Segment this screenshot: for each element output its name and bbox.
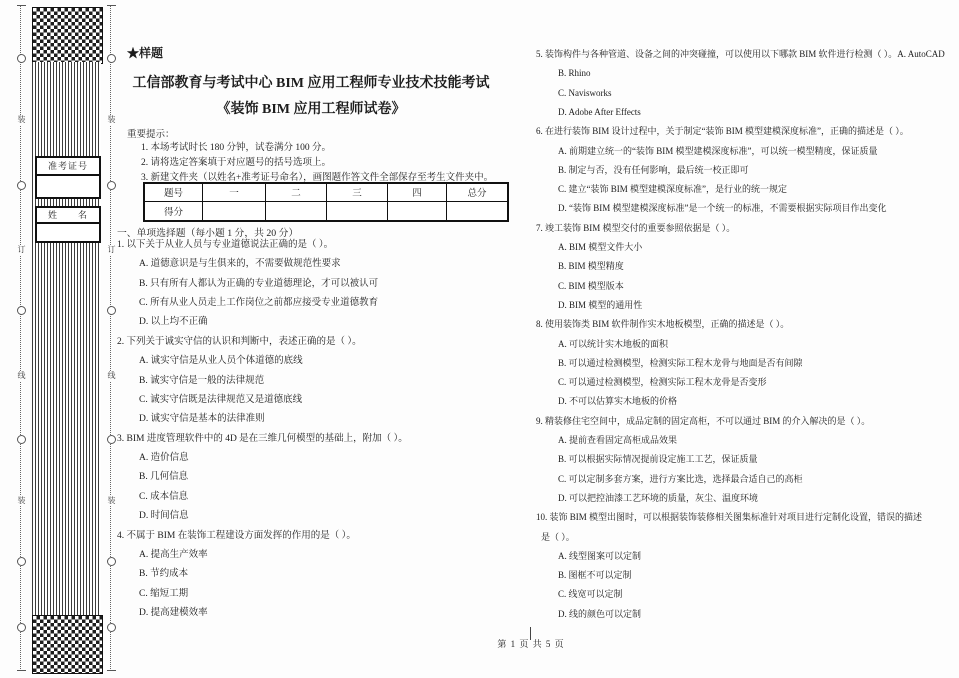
option-line: B. 图框不可以定制 (558, 569, 632, 582)
score-header-cell: 总分 (447, 183, 509, 201)
seal-char: 装 (16, 496, 27, 506)
exam-title: 工信部教育与考试中心 BIM 应用工程师专业技术技能考试 (118, 75, 504, 93)
seal-char: 线 (16, 371, 27, 381)
option-line: C. 缩短工期 (139, 588, 188, 601)
question-line: 7. 竣工装饰 BIM 模型交付的重要参照依据是（ ）。 (536, 222, 735, 235)
punch-circle (107, 181, 116, 190)
option-line: B. 诚实守信是一般的法律规范 (139, 375, 264, 388)
seal-line-tick (17, 5, 26, 6)
score-row-label: 得分 (144, 201, 203, 221)
sample-label: ★样题 (127, 44, 163, 61)
option-line: D. 诚实守信是基本的法律准则 (139, 413, 265, 426)
punch-circle (17, 435, 26, 444)
option-line: B. 可以根据实际情况提前设定施工工艺，保证质量 (558, 453, 758, 466)
admission-number-field[interactable] (37, 176, 99, 197)
score-header-cell: 四 (388, 183, 447, 201)
option-line: A. BIM 模型文件大小 (558, 241, 642, 254)
question-line: 9. 精装修住宅空间中，成品定制的固定高柜，不可以通过 BIM 的介入解决的是（… (536, 415, 870, 428)
seal-line-tick (107, 5, 116, 6)
question-line: 4. 不属于 BIM 在装饰工程建设方面发挥的作用的是（ ）。 (117, 530, 356, 543)
punch-circle (107, 54, 116, 63)
score-cell (266, 201, 327, 221)
score-header-cell: 一 (203, 183, 266, 201)
option-line: B. 可以通过检测模型，检测实际工程木龙骨与地面是否有间隙 (558, 357, 803, 370)
seal-char: 线 (106, 371, 117, 381)
seal-char: 装 (106, 496, 117, 506)
option-line: D. BIM 模型的通用性 (558, 299, 642, 312)
option-line: B. 制定与否，没有任何影响，最后统一校正即可 (558, 164, 749, 177)
name-field[interactable] (37, 224, 99, 241)
question-line: 3. BIM 进度管理软件中的 4D 是在三维几何模型的基础上，附加（ ）。 (117, 433, 408, 446)
option-line: D. Adobe After Effects (558, 106, 641, 119)
score-header-cell: 题号 (144, 183, 203, 201)
seal-line-tick (107, 670, 116, 671)
option-line: D. 以上均不正确 (139, 316, 208, 329)
name-box: 姓 名 (35, 206, 101, 243)
seal-char: 订 (106, 245, 117, 255)
questions-column-right: 5. 装饰构件与各种管道、设备之间的冲突碰撞，可以使用以下哪款 BIM 软件进行… (536, 48, 954, 623)
punch-circle (107, 435, 116, 444)
option-line: B. 只有所有人都认为正确的专业道德理论，才可以被认可 (139, 278, 378, 291)
option-line: C. BIM 模型版本 (558, 280, 624, 293)
option-line: D. 提高建模效率 (139, 607, 208, 620)
option-line: C. 诚实守信既是法律规范又是道德底线 (139, 394, 302, 407)
question-line: 是（ ）。 (541, 531, 575, 544)
punch-circle (17, 54, 26, 63)
notice-item: 1. 本场考试时长 180 分钟，试卷满分 100 分。 (141, 139, 331, 153)
option-line: A. 可以统计实木地板的面积 (558, 338, 668, 351)
option-line: A. 提高生产效率 (139, 549, 208, 562)
option-line: D. “装饰 BIM 模型建模深度标准”是一个统一的标准，不需要根据实际项目作出… (558, 202, 887, 215)
option-line: C. 成本信息 (139, 491, 188, 504)
notice-heading: 重要提示： (127, 126, 175, 140)
question-line: 8. 使用装饰类 BIM 软件制作实木地板模型，正确的描述是（ ）。 (536, 318, 789, 331)
option-line: A. 提前查看固定高柜成品效果 (558, 434, 677, 447)
seal-line-tick (17, 670, 26, 671)
score-cell (447, 201, 509, 221)
question-line: 2. 下列关于诚实守信的认识和判断中，表述正确的是（ ）。 (117, 336, 362, 349)
option-line: B. 节约成本 (139, 568, 188, 581)
admission-number-box: 准考证号 (35, 156, 101, 199)
question-line: 6. 在进行装饰 BIM 设计过程中，关于制定“装饰 BIM 模型建模深度标准”… (536, 125, 909, 138)
notice-item: 3. 新建文件夹（以姓名+准考证号命名），画图题作答文件全部保存至考生文件夹中。 (141, 169, 493, 183)
section-title: 一、单项选择题（每小题 1 分，共 20 分） (117, 225, 298, 239)
punch-circle (107, 306, 116, 315)
notice-item: 2. 请将选定答案填于对应题号的括号选项上。 (141, 154, 331, 168)
option-line: B. BIM 模型精度 (558, 260, 624, 273)
option-line: C. Navisworks (558, 87, 612, 100)
seal-char: 装 (106, 115, 117, 125)
option-line: A. 诚实守信是从业人员个体道德的底线 (139, 355, 303, 368)
punch-circle (17, 181, 26, 190)
option-line: B. 几何信息 (139, 471, 188, 484)
question-line: 10. 装饰 BIM 模型出图时，可以根据装饰装修相关图集标准针对项目进行定制化… (536, 511, 922, 524)
score-cell (327, 201, 388, 221)
seal-line-outer: 装 订 线 装 (20, 5, 21, 671)
option-line: D. 线的颜色可以定制 (558, 608, 641, 621)
option-line: C. 可以定制多套方案，进行方案比选，选择最合适自己的高柜 (558, 473, 803, 486)
option-line: C. 所有从业人员走上工作岗位之前都应接受专业道德教育 (139, 297, 378, 310)
punch-circle (107, 623, 116, 632)
option-line: C. 建立“装饰 BIM 模型建模深度标准”，是行业的统一规定 (558, 183, 787, 196)
score-table: 题号 一 二 三 四 总分 得分 (143, 182, 509, 222)
binding-hatch-top (32, 7, 103, 64)
option-line: A. 造价信息 (139, 452, 189, 465)
option-line: A. 线型图案可以定制 (558, 550, 641, 563)
footer-page-number: 第 1 页 共 5 页 (421, 637, 641, 650)
seal-line-inner: 装 订 线 装 (110, 5, 111, 671)
admission-number-label: 准考证号 (37, 158, 99, 176)
option-line: B. Rhino (558, 67, 591, 80)
option-line: D. 可以把控油漆工艺环境的质量，灰尘、温度环境 (558, 492, 758, 505)
option-line: A. 道德意识是与生俱来的，不需要做规范性要求 (139, 258, 341, 271)
questions-column-left: 1. 以下关于从业人员与专业道德说法正确的是（ ）。A. 道德意识是与生俱来的，… (117, 239, 517, 624)
punch-circle (17, 557, 26, 566)
option-line: C. 线宽可以定制 (558, 588, 623, 601)
option-line: C. 可以通过检测模型，检测实际工程木龙骨是否变形 (558, 376, 767, 389)
name-label: 姓 名 (37, 208, 99, 224)
punch-circle (17, 306, 26, 315)
binding-hatch-bottom (32, 615, 103, 674)
punch-circle (107, 557, 116, 566)
score-header-cell: 二 (266, 183, 327, 201)
score-cell (203, 201, 266, 221)
option-line: D. 时间信息 (139, 510, 189, 523)
score-cell (388, 201, 447, 221)
seal-char: 订 (16, 245, 27, 255)
option-line: A. 前期建立统一的“装饰 BIM 模型建模深度标准”，可以统一模型精度，保证质… (558, 145, 878, 158)
punch-circle (17, 623, 26, 632)
exam-subtitle: 《装饰 BIM 应用工程师试卷》 (118, 101, 504, 119)
score-header-cell: 三 (327, 183, 388, 201)
option-line: D. 不可以估算实木地板的价格 (558, 395, 677, 408)
question-line: 5. 装饰构件与各种管道、设备之间的冲突碰撞，可以使用以下哪款 BIM 软件进行… (536, 48, 945, 61)
seal-char: 装 (16, 115, 27, 125)
question-line: 1. 以下关于从业人员与专业道德说法正确的是（ ）。 (117, 239, 333, 252)
binding-stripe-band (32, 62, 101, 615)
